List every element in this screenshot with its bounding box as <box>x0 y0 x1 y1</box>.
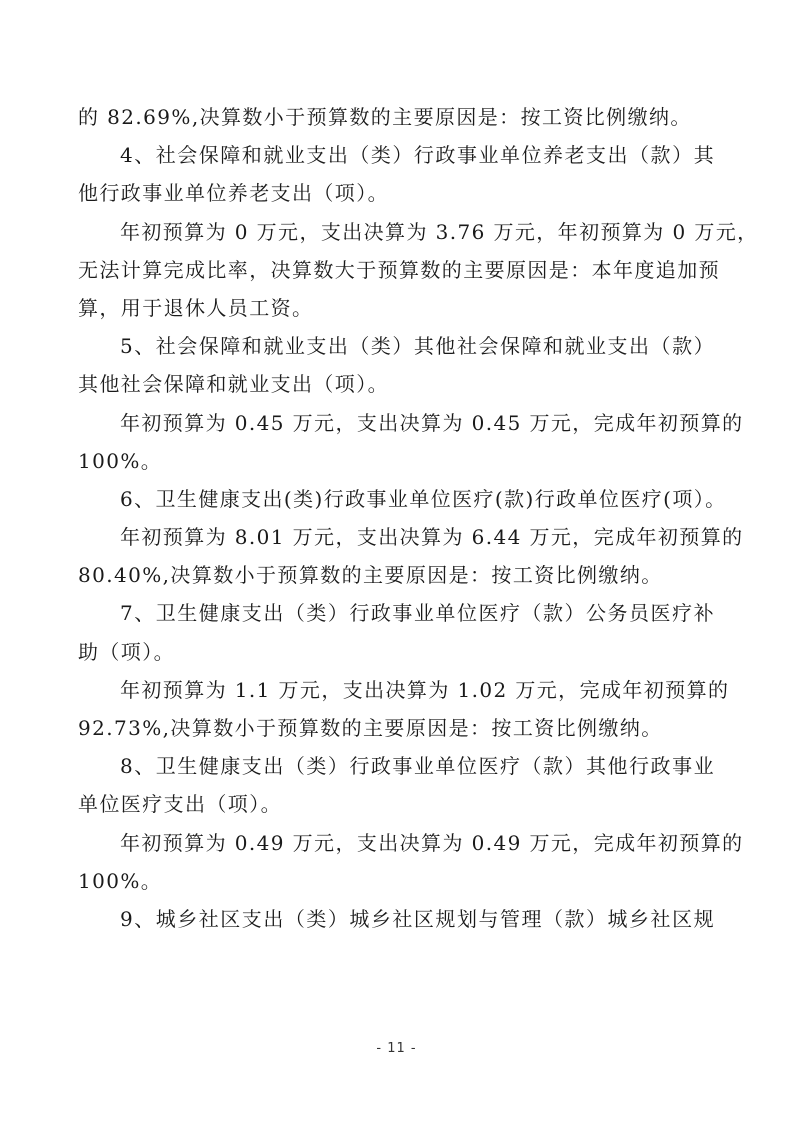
paragraph-line: 其他社会保障和就业支出（项）。 <box>78 365 715 403</box>
page-number: - 11 - <box>0 1041 793 1056</box>
paragraph-line: 年初预算为 1.1 万元，支出决算为 1.02 万元，完成年初预算的 <box>78 671 715 709</box>
paragraph-line: 92.73%,决算数小于预算数的主要原因是：按工资比例缴纳。 <box>78 709 715 747</box>
paragraph-line: 助（项）。 <box>78 633 715 671</box>
paragraph-line: 无法计算完成比率，决算数大于预算数的主要原因是：本年度追加预 <box>78 251 715 289</box>
paragraph-line: 9、城乡社区支出（类）城乡社区规划与管理（款）城乡社区规 <box>78 900 715 938</box>
paragraph-line: 5、社会保障和就业支出（类）其他社会保障和就业支出（款） <box>78 327 715 365</box>
paragraph-line: 年初预算为 0 万元，支出决算为 3.76 万元，年初预算为 0 万元， <box>78 213 715 251</box>
paragraph-line: 年初预算为 0.45 万元，支出决算为 0.45 万元，完成年初预算的 <box>78 404 715 442</box>
paragraph-line: 算，用于退休人员工资。 <box>78 289 715 327</box>
paragraph-line: 6、卫生健康支出(类)行政事业单位医疗(款)行政单位医疗(项）。 <box>78 480 715 518</box>
paragraph-line: 80.40%,决算数小于预算数的主要原因是：按工资比例缴纳。 <box>78 556 715 594</box>
paragraph-line: 单位医疗支出（项）。 <box>78 785 715 823</box>
paragraph-line: 8、卫生健康支出（类）行政事业单位医疗（款）其他行政事业 <box>78 747 715 785</box>
paragraph-line: 他行政事业单位养老支出（项）。 <box>78 174 715 212</box>
paragraph-line: 100%。 <box>78 862 715 900</box>
paragraph-line: 的 82.69%,决算数小于预算数的主要原因是：按工资比例缴纳。 <box>78 98 715 136</box>
paragraph-line: 100%。 <box>78 442 715 480</box>
paragraph-line: 年初预算为 0.49 万元，支出决算为 0.49 万元，完成年初预算的 <box>78 824 715 862</box>
document-page: 的 82.69%,决算数小于预算数的主要原因是：按工资比例缴纳。 4、社会保障和… <box>78 98 715 938</box>
paragraph-line: 年初预算为 8.01 万元，支出决算为 6.44 万元，完成年初预算的 <box>78 518 715 556</box>
paragraph-line: 7、卫生健康支出（类）行政事业单位医疗（款）公务员医疗补 <box>78 594 715 632</box>
paragraph-line: 4、社会保障和就业支出（类）行政事业单位养老支出（款）其 <box>78 136 715 174</box>
